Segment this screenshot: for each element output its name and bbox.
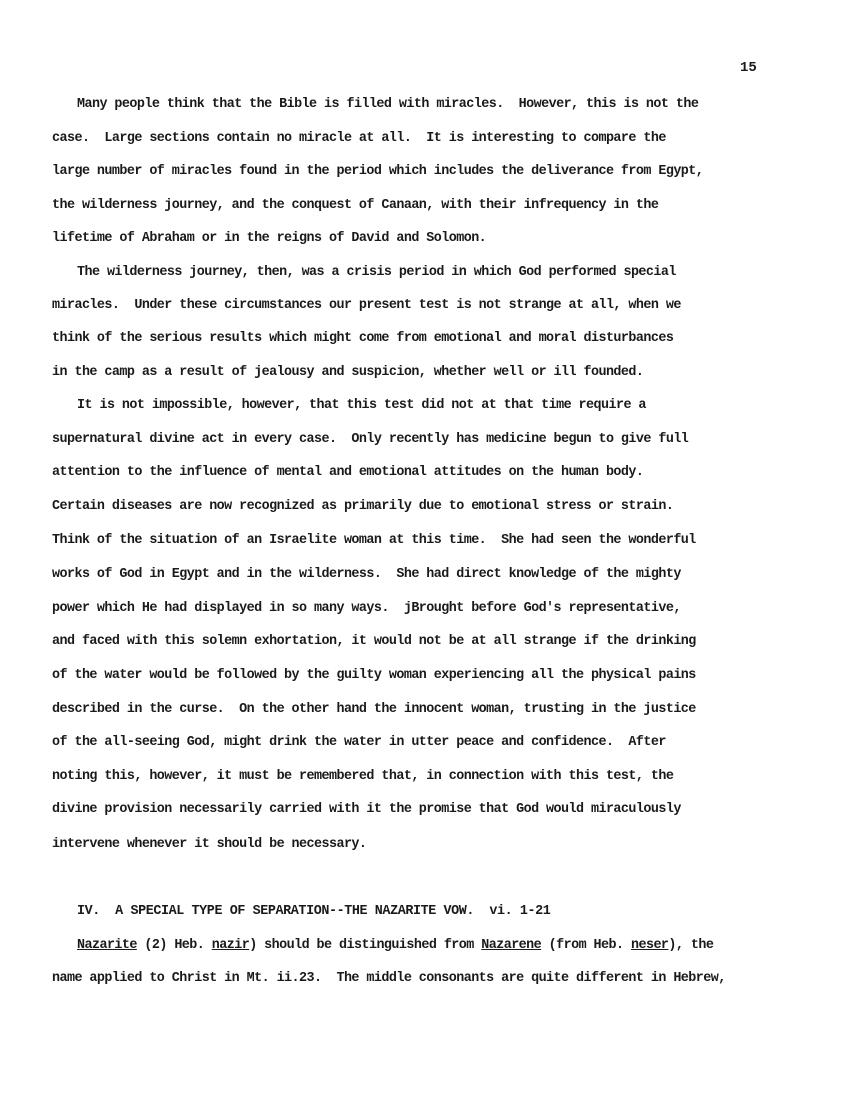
text-span: (from Heb. — [541, 938, 631, 953]
text-span: ) should be distinguished from — [249, 938, 481, 953]
text-line: miracles. Under these circumstances our … — [52, 296, 681, 316]
text-line: of the all-seeing God, might drink the w… — [52, 733, 666, 753]
text-line: intervene whenever it should be necessar… — [52, 835, 366, 855]
text-line: of the water would be followed by the gu… — [52, 666, 696, 686]
text-line: and faced with this solemn exhortation, … — [52, 632, 696, 652]
text-line: name applied to Christ in Mt. ii.23. The… — [52, 969, 726, 989]
text-line: the wilderness journey, and the conquest… — [52, 196, 658, 216]
text-line: The wilderness journey, then, was a cris… — [77, 263, 676, 283]
text-line: noting this, however, it must be remembe… — [52, 767, 673, 787]
text-line: It is not impossible, however, that this… — [77, 396, 646, 416]
text-line: supernatural divine act in every case. O… — [52, 430, 688, 450]
text-line: in the camp as a result of jealousy and … — [52, 363, 643, 383]
text-line: described in the curse. On the other han… — [52, 700, 696, 720]
text-line: Think of the situation of an Israelite w… — [52, 531, 696, 551]
text-line: large number of miracles found in the pe… — [52, 162, 703, 182]
term-neser: neser — [631, 938, 668, 953]
text-line: Certain diseases are now recognized as p… — [52, 497, 673, 517]
text-line: works of God in Egypt and in the wildern… — [52, 565, 681, 585]
text-span: (2) Heb. — [137, 938, 212, 953]
text-span: ), the — [668, 938, 713, 953]
term-nazarene: Nazarene — [481, 938, 541, 953]
document-page: 15 Many people think that the Bible is f… — [0, 0, 853, 1100]
text-line: lifetime of Abraham or in the reigns of … — [52, 229, 486, 249]
text-line: Many people think that the Bible is fill… — [77, 95, 698, 115]
section-heading: IV. A SPECIAL TYPE OF SEPARATION--THE NA… — [77, 902, 550, 922]
term-nazir: nazir — [212, 938, 249, 953]
text-line: power which He had displayed in so many … — [52, 599, 681, 619]
text-line: think of the serious results which might… — [52, 329, 673, 349]
text-line: divine provision necessarily carried wit… — [52, 800, 681, 820]
text-line: attention to the influence of mental and… — [52, 463, 643, 483]
term-nazarite: Nazarite — [77, 938, 137, 953]
text-line: Nazarite (2) Heb. nazir) should be disti… — [77, 936, 713, 956]
text-line: case. Large sections contain no miracle … — [52, 129, 666, 149]
page-number: 15 — [740, 60, 757, 76]
